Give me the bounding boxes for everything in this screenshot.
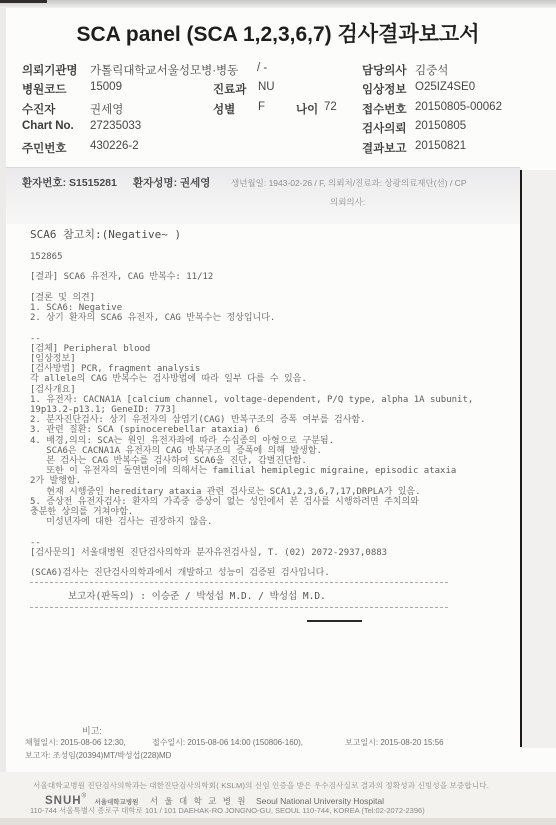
field-label-hospital-code: 병원코드 <box>22 81 66 97</box>
field-value-attending-doctor: 김중석 <box>415 62 448 78</box>
field-label-test-request-date: 검사의뢰 <box>362 120 406 136</box>
field-label-examinee: 수진자 <box>22 101 55 117</box>
field-value-requesting-org: 가톨릭대학교서울성모병·병동 <box>90 62 238 78</box>
field-value-chart-no: 27235033 <box>90 120 141 132</box>
field-value-receipt-no: 20150805-00062 <box>415 101 502 113</box>
report-body-text: 152865 [결과] SCA6 유전자, CAG 반복수: 11/12 [결론… <box>30 252 516 579</box>
report-page: SCA panel (SCA 1,2,3,6,7) 검사결과보고서 의뢰기관명 … <box>0 0 556 825</box>
field-value-clinical-info: O25IZ4SE0 <box>415 81 475 93</box>
field-label-chart-no: Chart No. <box>22 120 74 132</box>
field-value-hospital-code: 15009 <box>90 81 122 93</box>
field-value-department: NU <box>258 81 275 93</box>
field-value-test-request-date: 20150805 <box>415 120 466 132</box>
remarks-reporter: 보고자: 조성임(20394)MT/박성섭(228)MD <box>25 750 171 761</box>
field-label-attending-doctor: 담당의사 <box>362 62 406 78</box>
field-label-age: 나이 <box>296 101 318 117</box>
scan-artifact-line <box>307 620 362 622</box>
field-label-requesting-org: 의뢰기관명 <box>22 62 78 78</box>
reporter-box: 보고자(판독의) : 이승준 / 박성섭 M.D. / 박성섭 M.D. <box>30 582 448 608</box>
receipt-datetime: 접수일시: 2015-08-06 14:00 (150806-160), <box>152 737 303 748</box>
field-label-department: 진료과 <box>213 81 246 97</box>
report-datetime: 보고일시: 2015-08-20 15:56 <box>345 737 444 748</box>
patient-number: 환자번호: S1515281 <box>22 175 117 190</box>
remarks-label: 비고: <box>82 724 102 737</box>
collection-datetime: 채혈일시: 2015-08-06 12:30, <box>25 737 126 748</box>
field-value-age: 72 <box>324 101 337 113</box>
hospital-address: 110-744 서울특별시 종로구 대학로 101 / 101 DAEHAK-R… <box>30 805 425 816</box>
field-label-clinical-info: 임상정보 <box>362 81 406 97</box>
scan-top-mark <box>0 0 47 3</box>
registered-mark-icon: ® <box>82 794 86 800</box>
field-label-resident-no: 주민번호 <box>22 140 66 156</box>
scan-right-shade <box>522 170 556 748</box>
dashed-divider-bottom <box>30 607 448 608</box>
field-label-result-report-date: 결과보고 <box>362 140 406 156</box>
accreditation-statement: 서울대학교병원 진단검사의학과는 대한진단검사의학회( KSLM)의 신임 인증… <box>33 780 489 791</box>
scan-bottom-strip <box>0 818 556 825</box>
scan-left-strip <box>0 8 6 818</box>
referring-doctor-label: 의뢰의사: <box>330 196 365 208</box>
patient-birth-info: 생년월일: 1943-02-26 / F, 의뢰처/진료과: 상광의료재단(선)… <box>231 177 467 189</box>
field-value-examinee: 권세영 <box>90 101 123 117</box>
page-title: SCA panel (SCA 1,2,3,6,7) 검사결과보고서 <box>0 18 556 48</box>
patient-name: 환자성명: 권세영 <box>133 175 210 190</box>
reference-range-line: SCA6 참고치:(Negative~ ) <box>30 226 181 242</box>
field-value-resident-no: 430226-2 <box>90 140 139 152</box>
field-label-sex: 성별 <box>213 101 235 117</box>
reporter-line: 보고자(판독의) : 이승준 / 박성섭 M.D. / 박성섭 M.D. <box>30 583 448 607</box>
scan-vertical-line <box>520 170 522 747</box>
field-value-ward: / - <box>257 62 267 74</box>
field-value-result-report-date: 20150821 <box>415 140 466 152</box>
field-value-sex: F <box>258 101 265 113</box>
field-label-receipt-no: 접수번호 <box>362 101 406 117</box>
scan-top-strip <box>0 0 556 8</box>
